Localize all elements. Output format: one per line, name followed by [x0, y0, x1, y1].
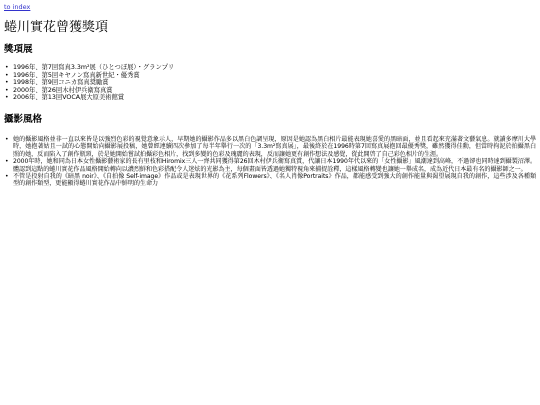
style-heading: 攝影風格 — [4, 114, 536, 126]
style-paragraph: 她的攝影風格並非一直以來皆是以強烈色彩的視覺意象示人，早期她的攝影作品多以黑白色… — [13, 136, 536, 158]
style-paragraph: 不管是投射自我的《暗黑 noir》、《自拍像 Self-image》作品或是表現… — [13, 173, 536, 188]
awards-heading: 獎項展 — [4, 44, 536, 56]
style-list: 她的攝影風格並非一直以來皆是以強烈色彩的視覺意象示人，早期她的攝影作品多以黑白色… — [4, 136, 536, 188]
award-item: 1998年、第9回コニカ寫真奨勵賞 — [13, 79, 536, 87]
page-title: 蜷川實花曾獲獎項 — [4, 20, 536, 36]
award-item: 1996年、第7回寫真3.3m²展（ひとつぼ展）・グランプリ — [13, 64, 536, 72]
page: to index 蜷川實花曾獲獎項 獎項展 1996年、第7回寫真3.3m²展（… — [0, 0, 540, 188]
award-item: 2006年、第13回VOCA展大原美術館賞 — [13, 94, 536, 102]
style-paragraph: 2000年時，她和同為日本女性攝影藝術家的長有里枝和Hiromix三人一齊共同獲… — [13, 158, 536, 173]
awards-list: 1996年、第7回寫真3.3m²展（ひとつぼ展）・グランプリ 1996年、第5回… — [4, 64, 536, 102]
to-index-link[interactable]: to index — [4, 3, 536, 12]
